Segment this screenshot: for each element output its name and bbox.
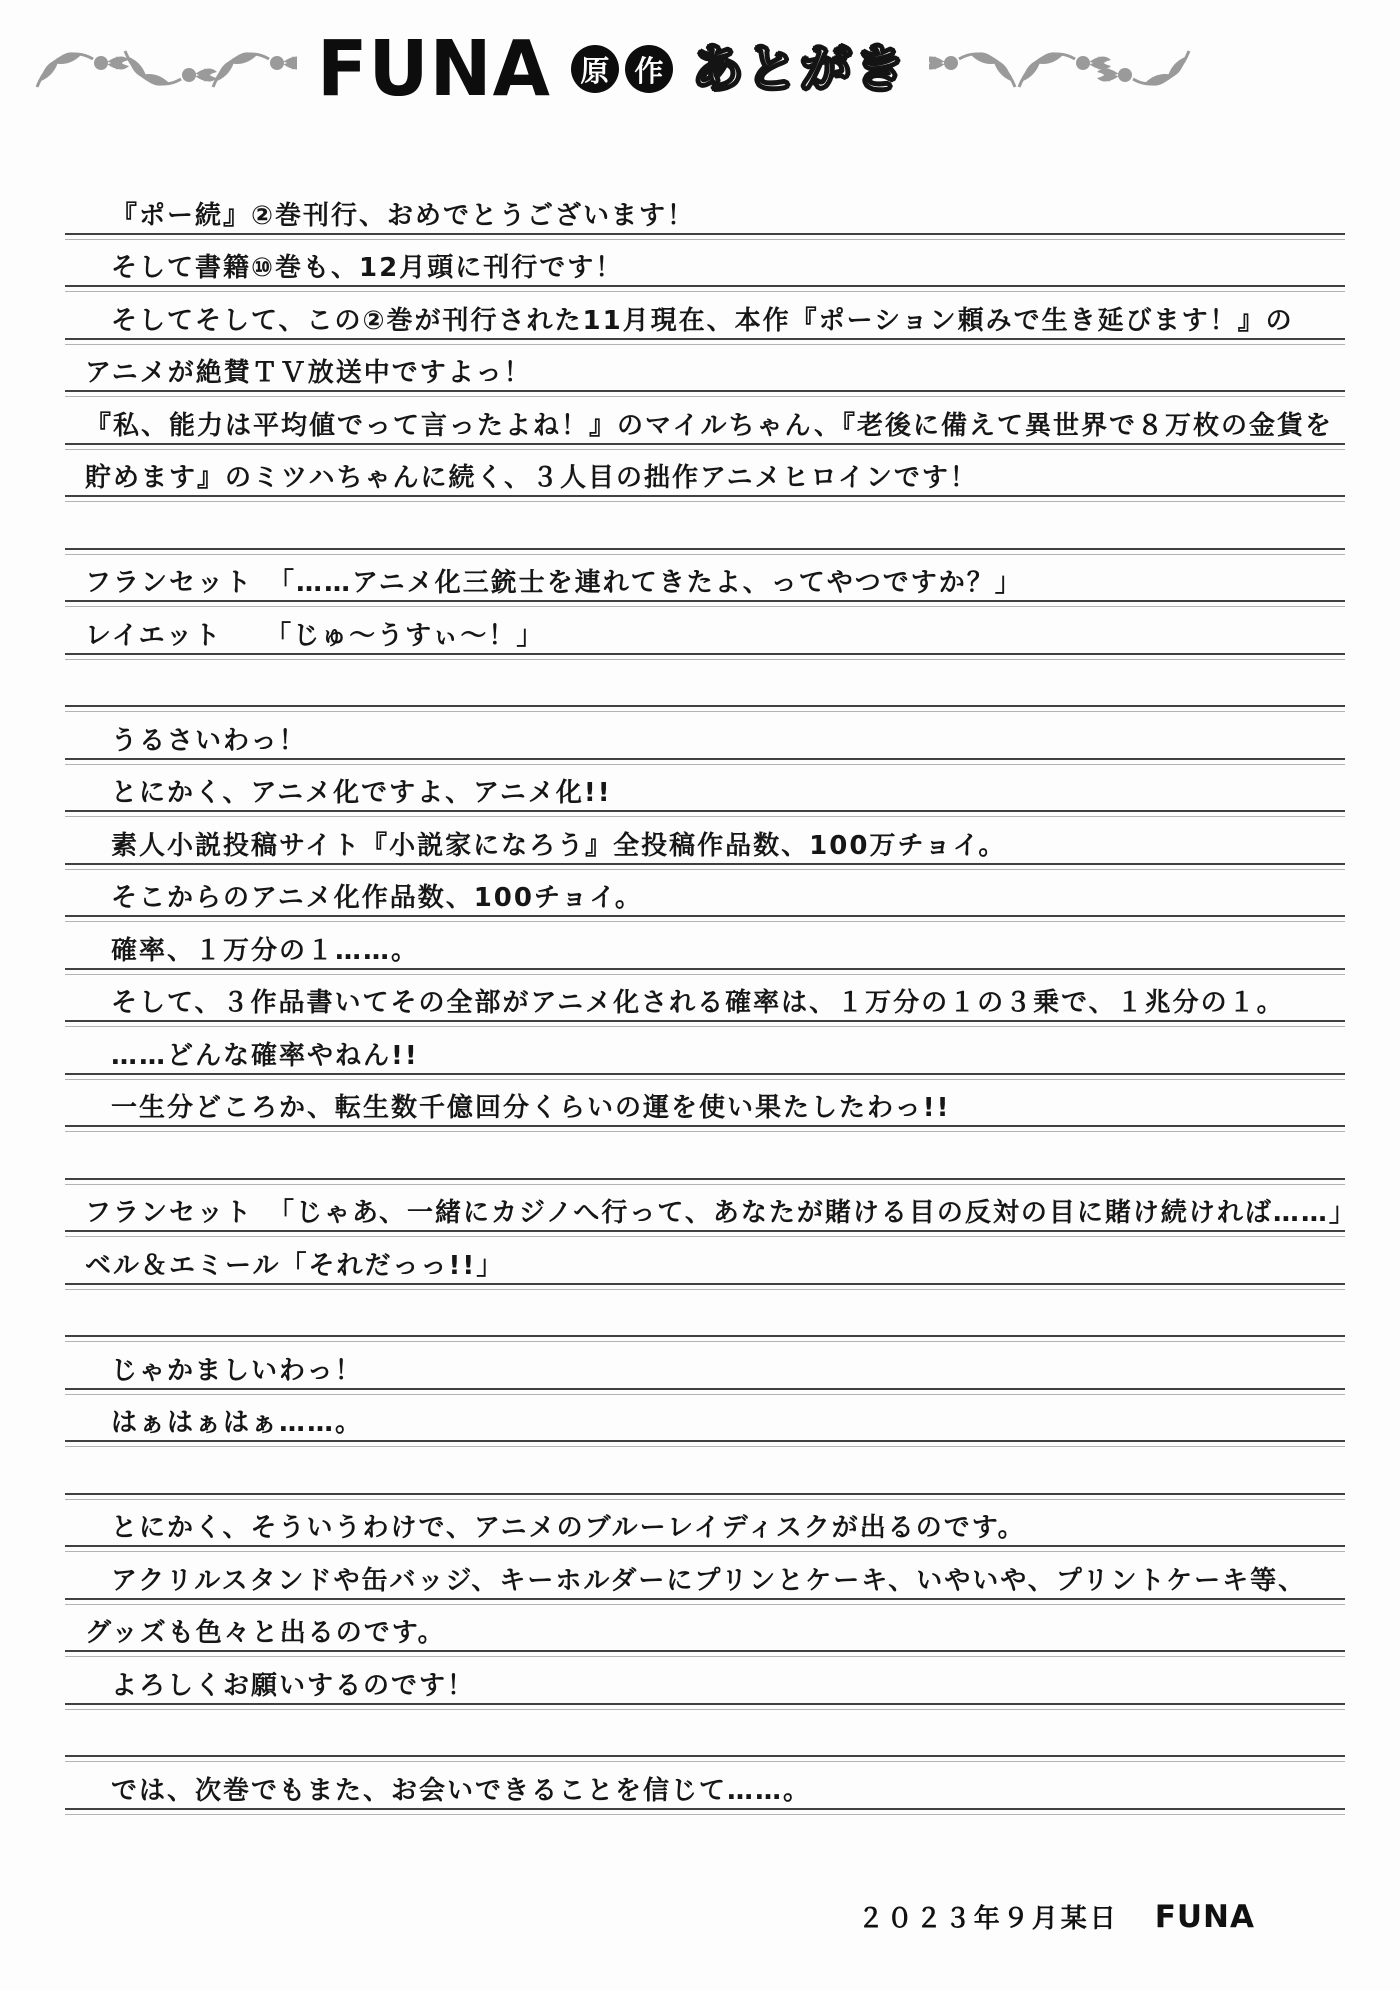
ruled-line [65,863,1345,870]
line-text: 一生分どころか、転生数千億回分くらいの運を使い果たしたわっ!! [111,1087,950,1124]
ruled-line [65,390,1345,397]
badge-saku: 作 [625,45,673,93]
line-text: ……どんな確率やねん!! [111,1035,419,1072]
text-line [65,1710,1345,1763]
ruled-line [65,548,1345,555]
text-line: 確率、１万分の１……。 [65,922,1345,975]
ruled-line [65,1388,1345,1395]
line-text: そして書籍⑩巻も、12月頭に刊行です！ [111,247,623,284]
ruled-line [65,1703,1345,1710]
ruled-line [65,653,1345,660]
text-line: そこからのアニメ化作品数、100チョイ。 [65,870,1345,923]
text-line: グッズも色々と出るのです。 [65,1605,1345,1658]
line-text: フランセット 「……アニメ化三銃士を連れてきたよ、ってやつですか？」 [85,562,1023,599]
afterword-title: あとがき [693,44,909,94]
line-text: うるさいわっ！ [111,720,307,757]
line-text: では、次巻でもまた、お会いできることを信じて……。 [111,1770,811,1807]
text-line: 『ポー続』②巻刊行、おめでとうございます！ [65,187,1345,240]
text-line: フランセット 「……アニメ化三銃士を連れてきたよ、ってやつですか？」 [65,555,1345,608]
ruled-line [65,915,1345,922]
ruled-line [65,495,1345,502]
ruled-line [65,968,1345,975]
gensaku-badges: 原 作 [571,45,673,93]
afterword-page: FUNA 原 作 あとがき 『ポー続』②巻刊行、おめでとうございます！ そして書… [0,0,1400,1991]
text-line: 『私、能力は平均値でって言ったよね！』のマイルちゃん、『老後に備えて異世界で８万… [65,397,1345,450]
ruled-line [65,1650,1345,1657]
text-line: 素人小説投稿サイト『小説家になろう』全投稿作品数、100万チョイ。 [65,817,1345,870]
text-line: じゃかましいわっ！ [65,1342,1345,1395]
line-text: アニメが絶賛ＴＶ放送中ですよっ！ [85,352,532,389]
line-text: そして、３作品書いてその全部がアニメ化される確率は、１万分の１の３乗で、１兆分の… [111,982,1285,1019]
ruled-line [65,443,1345,450]
footer-signature: FUNA [1155,1899,1255,1935]
text-line [65,1290,1345,1343]
ruled-line [65,1230,1345,1237]
ruled-line [65,233,1345,240]
text-line: 貯めます』のミツハちゃんに続く、３人目の拙作アニメヒロインです！ [65,450,1345,503]
ruled-line [65,285,1345,292]
text-line [65,660,1345,713]
text-line [65,1132,1345,1185]
text-line: では、次巻でもまた、お会いできることを信じて……。 [65,1762,1345,1815]
text-line: そして書籍⑩巻も、12月頭に刊行です！ [65,240,1345,293]
text-line: アニメが絶賛ＴＶ放送中ですよっ！ [65,345,1345,398]
ruled-line [65,1440,1345,1447]
text-line: レイエット 「じゅ～うすぃ～！」 [65,607,1345,660]
line-text: グッズも色々と出るのです。 [85,1612,446,1649]
line-text: 『ポー続』②巻刊行、おめでとうございます！ [111,195,695,232]
ruled-line [65,705,1345,712]
line-text: とにかく、そういうわけで、アニメのブルーレイディスクが出るのです。 [111,1507,1026,1544]
funa-logo: FUNA [317,31,551,108]
line-text: フランセット 「じゃあ、一緒にカジノへ行って、あなたが賭ける目の反対の目に賭け続… [85,1192,1357,1229]
text-line: はぁはぁはぁ……。 [65,1395,1345,1448]
line-text: じゃかましいわっ！ [111,1350,363,1387]
text-line: よろしくお願いするのです！ [65,1657,1345,1710]
floral-ornament-left-icon [35,37,297,101]
line-text: 貯めます』のミツハちゃんに続く、３人目の拙作アニメヒロインです！ [85,457,978,494]
footer-date: ２０２３年９月某日 [858,1898,1119,1935]
line-text: とにかく、アニメ化ですよ、アニメ化!! [111,772,612,809]
text-line: とにかく、そういうわけで、アニメのブルーレイディスクが出るのです。 [65,1500,1345,1553]
line-text: 確率、１万分の１……。 [111,930,419,967]
ruled-line [65,1178,1345,1185]
ruled-line [65,600,1345,607]
page-header: FUNA 原 作 あとがき [35,26,1191,112]
floral-ornament-right-icon [929,37,1191,101]
text-line: アクリルスタンドや缶バッジ、キーホルダーにプリンとケーキ、いやいや、プリントケー… [65,1552,1345,1605]
text-line: そしてそして、この②巻が刊行された11月現在、本作『ポーション頼みで生き延びます… [65,292,1345,345]
line-text: レイエット 「じゅ～うすぃ～！」 [85,615,544,652]
line-text: はぁはぁはぁ……。 [111,1402,363,1439]
text-line: 一生分どころか、転生数千億回分くらいの運を使い果たしたわっ!! [65,1080,1345,1133]
text-line [65,1447,1345,1500]
line-text: ベル＆エミール「それだっっ!!」 [85,1245,504,1282]
ruled-line [65,1808,1345,1815]
ruled-line [65,1755,1345,1762]
ruled-line [65,1283,1345,1290]
line-text: 素人小説投稿サイト『小説家になろう』全投稿作品数、100万チョイ。 [111,825,1006,862]
ruled-line [65,1598,1345,1605]
text-line [65,502,1345,555]
text-line: ベル＆エミール「それだっっ!!」 [65,1237,1345,1290]
line-text: そしてそして、この②巻が刊行された11月現在、本作『ポーション頼みで生き延びます… [111,300,1294,337]
ruled-line [65,1073,1345,1080]
text-line: うるさいわっ！ [65,712,1345,765]
ruled-line [65,338,1345,345]
ruled-line [65,1125,1345,1132]
text-line: フランセット 「じゃあ、一緒にカジノへ行って、あなたが賭ける目の反対の目に賭け続… [65,1185,1345,1238]
line-text: アクリルスタンドや缶バッジ、キーホルダーにプリンとケーキ、いやいや、プリントケー… [111,1560,1306,1597]
line-text: そこからのアニメ化作品数、100チョイ。 [111,877,643,914]
text-line: ……どんな確率やねん!! [65,1027,1345,1080]
line-text: 『私、能力は平均値でって言ったよね！』のマイルちゃん、『老後に備えて異世界で８万… [85,405,1333,442]
line-text: よろしくお願いするのです！ [111,1665,475,1702]
lines: 『ポー続』②巻刊行、おめでとうございます！ そして書籍⑩巻も、12月頭に刊行です… [65,187,1345,1815]
ruled-line [65,1545,1345,1552]
ruled-line [65,1020,1345,1027]
ruled-line [65,1335,1345,1342]
badge-hara: 原 [571,45,619,93]
ruled-line [65,758,1345,765]
text-line: とにかく、アニメ化ですよ、アニメ化!! [65,765,1345,818]
ruled-line [65,1493,1345,1500]
ruled-line [65,810,1345,817]
text-line: そして、３作品書いてその全部がアニメ化される確率は、１万分の１の３乗で、１兆分の… [65,975,1345,1028]
page-footer: ２０２３年９月某日 FUNA [858,1898,1255,1935]
